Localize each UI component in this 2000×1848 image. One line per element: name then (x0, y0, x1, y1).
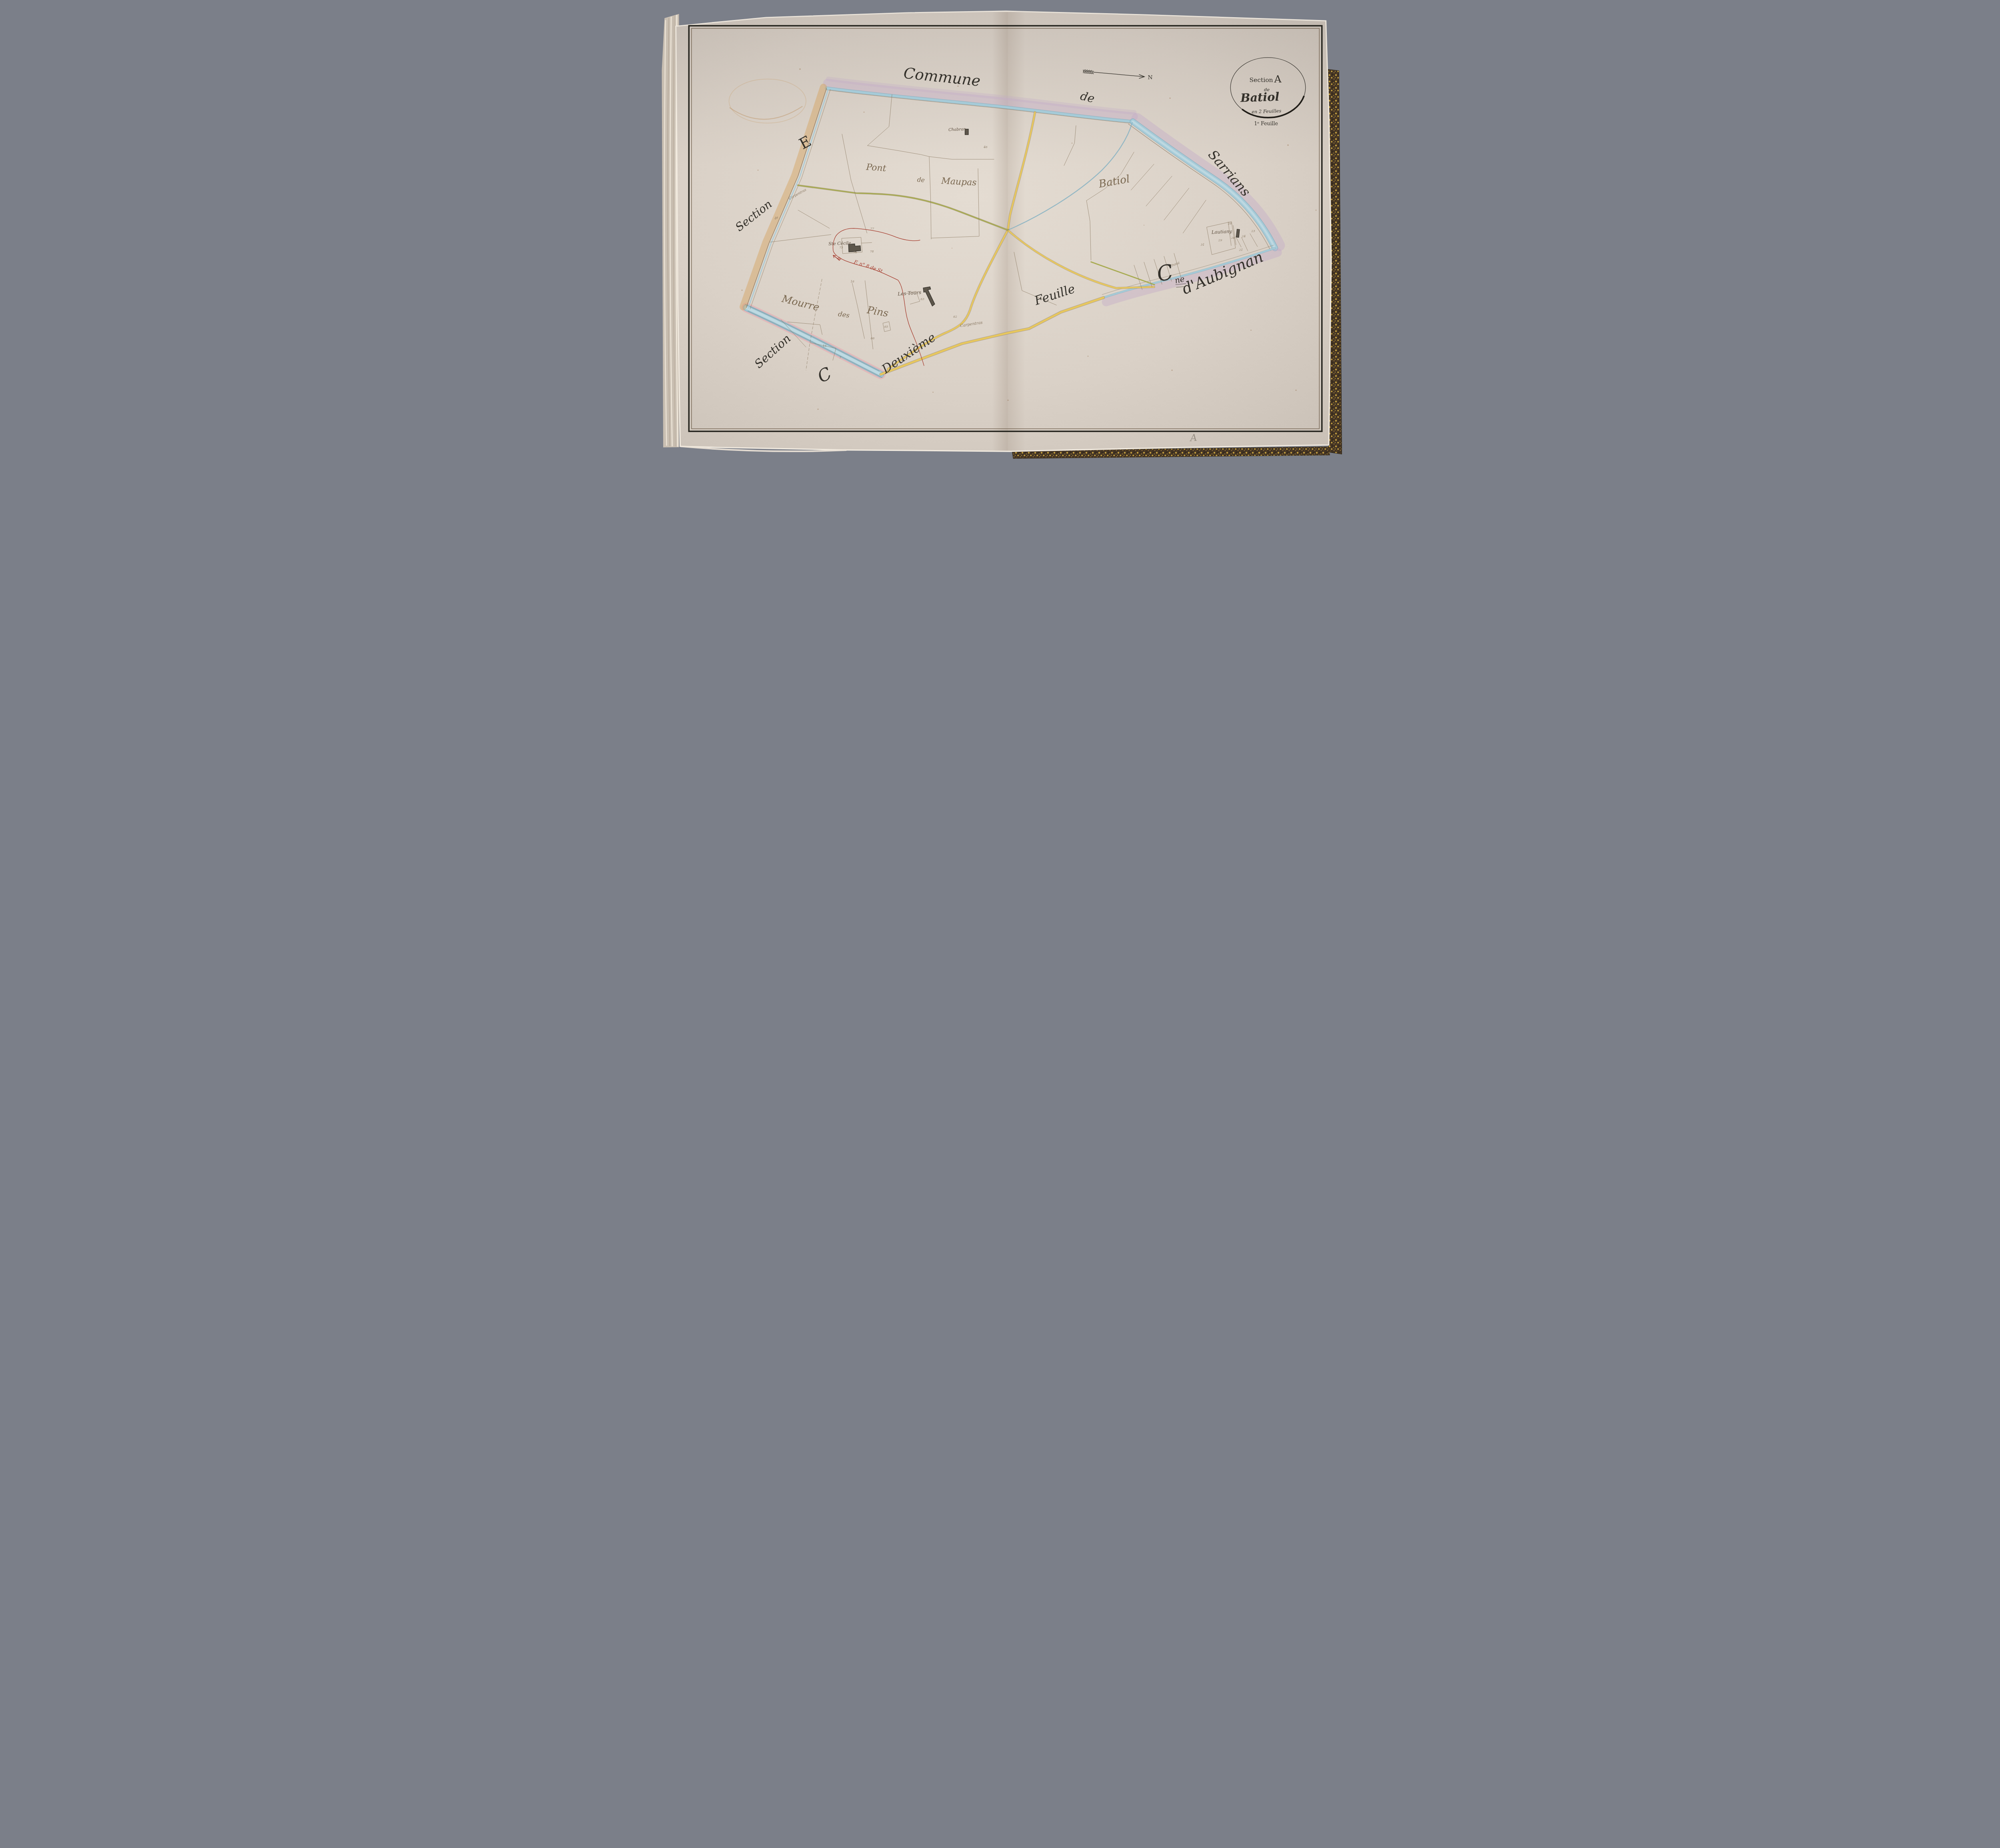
parcel-number-29: 29 (1218, 238, 1222, 242)
parcel-number-28: 28 (1228, 222, 1232, 225)
parcel-number-15: 15 (823, 344, 827, 348)
parcel-number-78: 78 (870, 250, 874, 253)
parcel-number-16: 16 (850, 280, 854, 283)
parcel-number-65: 65 (884, 325, 888, 328)
map-label-lieu-pont: Pont (866, 162, 887, 174)
parcel-number-77: 77 (870, 227, 874, 230)
parcel-number-7: 7 (839, 356, 841, 359)
parcel-number-63: 63 (920, 297, 924, 301)
parcel-number-66: 66 (871, 336, 875, 340)
map-label-cart-name: Batiol (1240, 90, 1279, 104)
map-label-cart-sheets: en 2 Feuilles (1252, 108, 1282, 115)
atlas-photo: CommunedeSarriansCned'AubignanSectionESe… (646, 0, 1354, 462)
map-label-lieu-des: des (838, 310, 850, 319)
map-label-lieu-maupas: Maupas (941, 176, 977, 188)
parcel-number-62: 62 (953, 315, 957, 318)
map-label-cart-section: Section (1250, 76, 1273, 84)
map-svg: CommunedeSarriansCned'AubignanSectionESe… (646, 0, 1354, 462)
parcel-number-75: 75 (839, 246, 843, 249)
parcel-number-23: 23 (1251, 229, 1255, 233)
map-label-cart-sheet1: 1ᵉ Feuille (1254, 120, 1278, 126)
parcel-number-31: 31 (1201, 243, 1205, 246)
parcel-number-46: 46 (983, 145, 988, 149)
parcel-number-26: 26 (1231, 236, 1235, 240)
parcel-number-76: 76 (853, 250, 857, 254)
map-label-north-letter: N (1148, 74, 1152, 81)
parcel-number-24: 24 (1241, 234, 1246, 238)
map-label-cart-a: A (1274, 73, 1282, 85)
map-label-lieu-lautiany: Lautiany (1211, 228, 1232, 235)
parcel-number-21: 21 (1239, 248, 1243, 252)
map-label-lieu-de: de (917, 176, 925, 184)
fold-shadow-left (992, 12, 1008, 450)
map-label-lieu-chabran: Chabran (948, 127, 966, 132)
building-lautiany (1236, 229, 1240, 238)
